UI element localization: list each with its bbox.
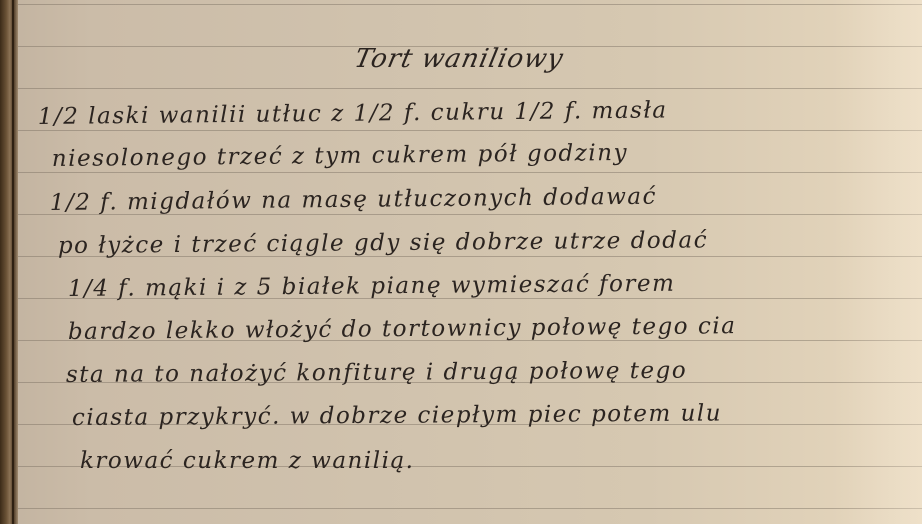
text-line: sta na to nałożyć konfiturę i drugą poło… (66, 358, 687, 388)
ruled-line (18, 172, 922, 173)
ruled-line (18, 4, 922, 5)
ruled-line (18, 130, 922, 131)
recipe-title: Tort waniliowy (352, 44, 567, 74)
spine-edge (12, 0, 14, 524)
text-line: ciasta przykryć. w dobrze ciepłym piec p… (72, 400, 722, 431)
page-light-gradient (832, 0, 922, 524)
book-spine (0, 0, 18, 524)
text-line: 1/4 f. mąki i z 5 białek pianę wymieszać… (68, 271, 676, 302)
ruled-line (18, 508, 922, 509)
ruled-line (18, 88, 922, 89)
text-line: niesolonego trzeć z tym cukrem pół godzi… (52, 140, 628, 172)
text-line: po łyżce i trzeć ciągle gdy się dobrze u… (58, 227, 708, 259)
text-line: krować cukrem z wanilią. (80, 448, 414, 474)
text-line: 1/2 f. migdałów na masę utłuczonych doda… (50, 184, 657, 216)
text-line: 1/2 laski wanilii utłuc z 1/2 f. cukru 1… (38, 97, 668, 130)
notebook-page: Tort waniliowy 1/2 laski wanilii utłuc z… (0, 0, 922, 524)
